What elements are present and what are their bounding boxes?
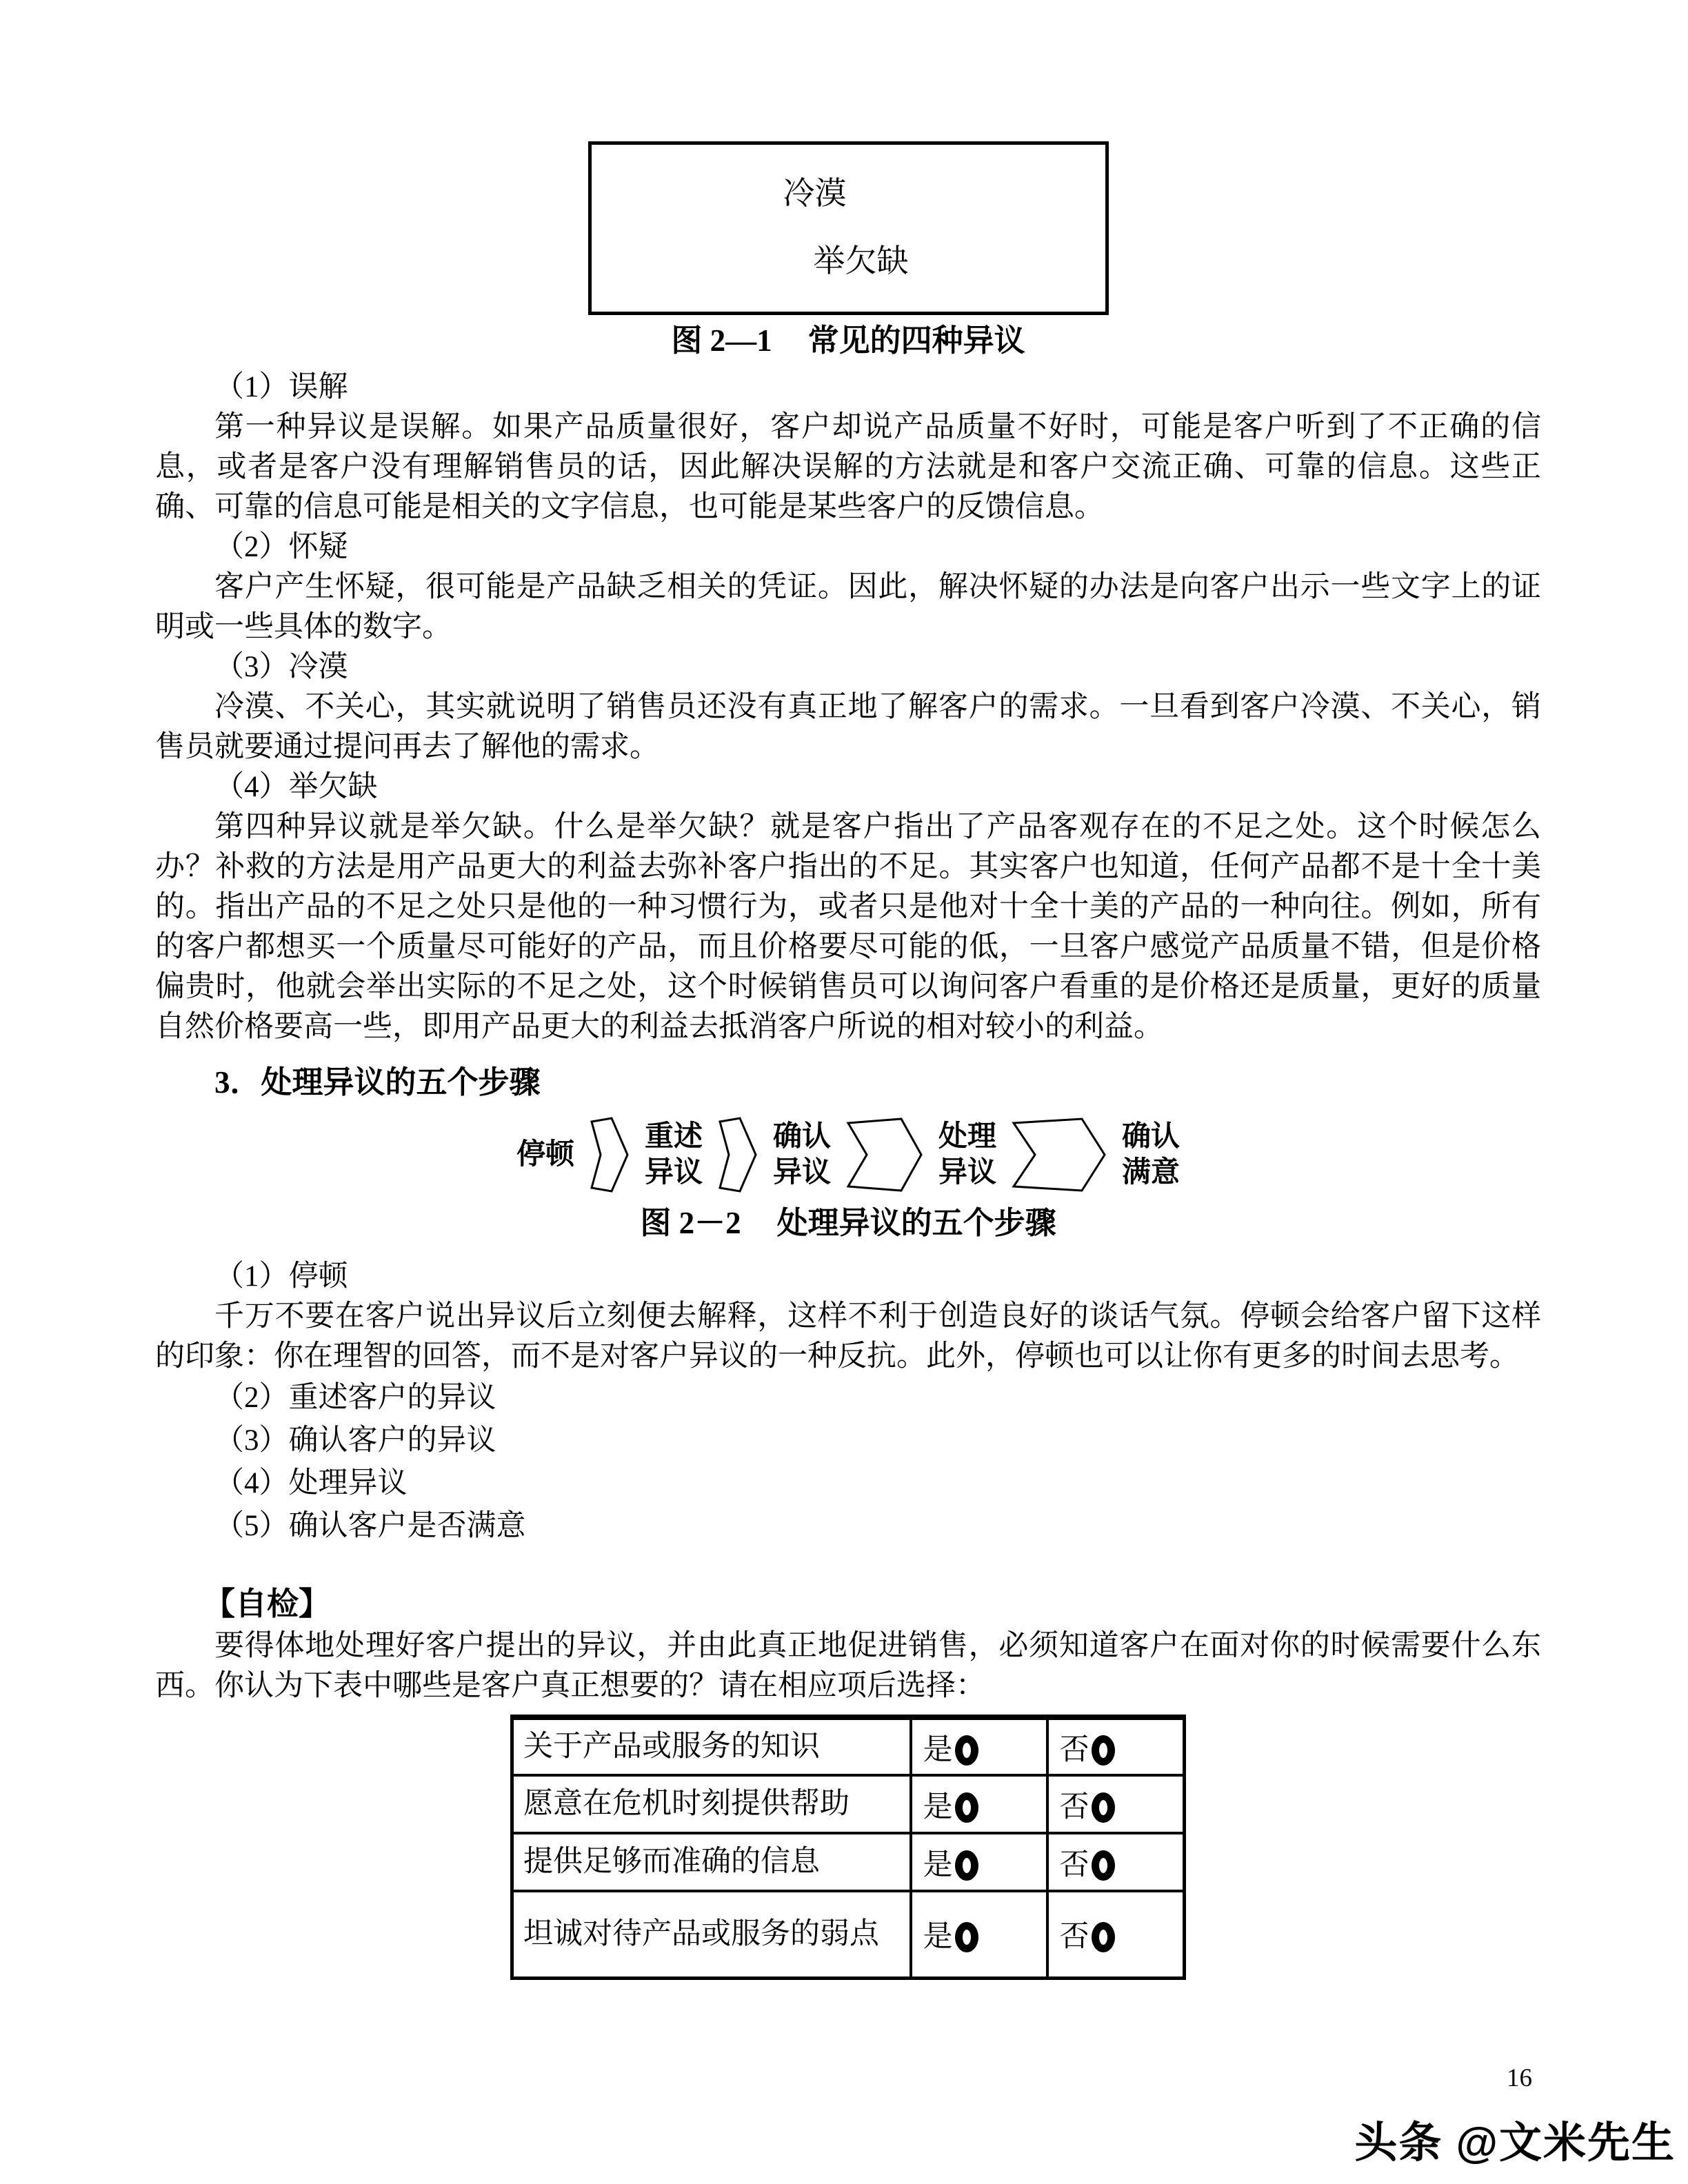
no-option: 否 xyxy=(1047,1891,1185,1978)
radio-yes-icon[interactable] xyxy=(955,1735,978,1766)
yes-option: 是 xyxy=(911,1775,1047,1833)
table-row: 坦诚对待产品或服务的弱点 是 否 xyxy=(512,1891,1185,1978)
no-option: 否 xyxy=(1047,1833,1185,1891)
flow-step-label: 处理异议 xyxy=(938,1119,996,1191)
objection-sections: （1）误解 第一种异议是误解。如果产品质量很好，客户却说产品质量不好时，可能是客… xyxy=(155,367,1541,1047)
section-heading: （2）怀疑 xyxy=(155,527,1541,567)
figure-2-1-caption: 图 2—1常见的四种异议 xyxy=(155,321,1541,361)
chevron-arrow-icon xyxy=(718,1116,758,1193)
section-heading: （1）误解 xyxy=(155,367,1541,407)
figure-caption-title: 处理异议的五个步骤 xyxy=(777,1206,1056,1240)
step-heading: （1）停顿 xyxy=(155,1257,1541,1297)
flow-step-label: 确认异议 xyxy=(773,1119,831,1191)
yes-label: 是 xyxy=(923,1849,953,1881)
row-label: 关于产品或服务的知识 xyxy=(512,1717,911,1775)
yes-option: 是 xyxy=(911,1833,1047,1891)
section-paragraph: 客户产生怀疑，很可能是产品缺乏相关的凭证。因此，解决怀疑的办法是向客户出示一些文… xyxy=(155,567,1541,647)
page-content: 冷漠 举欠缺 图 2—1常见的四种异议 （1）误解 第一种异议是误解。如果产品质… xyxy=(155,141,1541,1980)
figure-2-2-caption: 图 2－2处理异议的五个步骤 xyxy=(155,1203,1541,1243)
step-list-item: （5）确认客户是否满意 xyxy=(155,1505,1541,1548)
radio-no-icon[interactable] xyxy=(1092,1792,1115,1823)
no-label: 否 xyxy=(1060,1734,1089,1766)
no-label: 否 xyxy=(1060,1921,1089,1953)
row-label: 愿意在危机时刻提供帮助 xyxy=(512,1775,911,1833)
yes-label: 是 xyxy=(923,1734,953,1766)
figure-box-line: 冷漠 xyxy=(592,160,1105,228)
section-paragraph: 冷漠、不关心，其实就说明了销售员还没有真正地了解客户的需求。一旦看到客户冷漠、不… xyxy=(155,687,1541,767)
yes-option: 是 xyxy=(911,1891,1047,1978)
self-check-table: 关于产品或服务的知识 是 否 愿意在危机时刻提供帮助 是 否 提供足够而准确的信… xyxy=(510,1715,1186,1980)
section-paragraph: 第四种异议就是举欠缺。什么是举欠缺？就是客户指出了产品客观存在的不足之处。这个时… xyxy=(155,807,1541,1047)
yes-option: 是 xyxy=(911,1717,1047,1775)
chevron-arrow-icon xyxy=(1012,1116,1107,1193)
self-check-title: 【自检】 xyxy=(155,1582,1541,1626)
yes-label: 是 xyxy=(923,1791,953,1823)
page-number: 16 xyxy=(1507,2063,1532,2093)
section-heading: （3）冷漠 xyxy=(155,647,1541,687)
flow-step-label: 停顿 xyxy=(516,1137,574,1173)
row-label: 坦诚对待产品或服务的弱点 xyxy=(512,1891,911,1978)
step-list-item: （3）确认客户的异议 xyxy=(155,1419,1541,1462)
five-steps-flow-diagram: 停顿 重述异议 确认异议 处理异议 确认 xyxy=(155,1112,1541,1197)
chevron-arrow-icon xyxy=(590,1116,630,1193)
flow-step-label: 重述异议 xyxy=(645,1119,703,1191)
no-label: 否 xyxy=(1060,1849,1089,1881)
watermark: 头条 @文米先生 xyxy=(1354,2108,1676,2170)
radio-no-icon[interactable] xyxy=(1092,1922,1115,1952)
radio-yes-icon[interactable] xyxy=(955,1922,978,1952)
section-paragraph: 第一种异议是误解。如果产品质量很好，客户却说产品质量不好时，可能是客户听到了不正… xyxy=(155,407,1541,527)
step-list-item: （4）处理异议 xyxy=(155,1462,1541,1505)
yes-label: 是 xyxy=(923,1921,953,1953)
radio-yes-icon[interactable] xyxy=(955,1850,978,1881)
radio-no-icon[interactable] xyxy=(1092,1735,1115,1766)
step-list-item: （2）重述客户的异议 xyxy=(155,1377,1541,1419)
row-label: 提供足够而准确的信息 xyxy=(512,1833,911,1891)
flow-step-label: 确认满意 xyxy=(1122,1119,1180,1191)
table-row: 提供足够而准确的信息 是 否 xyxy=(512,1833,1185,1891)
figure-caption-number: 图 2－2 xyxy=(640,1206,741,1240)
no-option: 否 xyxy=(1047,1717,1185,1775)
figure-box-line: 举欠缺 xyxy=(592,228,1105,295)
document-page: 冷漠 举欠缺 图 2—1常见的四种异议 （1）误解 第一种异议是误解。如果产品质… xyxy=(0,0,1688,2184)
figure-caption-number: 图 2—1 xyxy=(671,323,772,358)
table-row: 愿意在危机时刻提供帮助 是 否 xyxy=(512,1775,1185,1833)
table-row: 关于产品或服务的知识 是 否 xyxy=(512,1717,1185,1775)
radio-no-icon[interactable] xyxy=(1092,1850,1115,1881)
self-check-intro: 要得体地处理好客户提出的异议，并由此真正地促进销售，必须知道客户在面对你的时候需… xyxy=(155,1626,1541,1706)
chevron-arrow-icon xyxy=(846,1116,923,1193)
step-list: （2）重述客户的异议 （3）确认客户的异议 （4）处理异议 （5）确认客户是否满… xyxy=(155,1377,1541,1548)
radio-yes-icon[interactable] xyxy=(955,1792,978,1823)
section-heading: （4）举欠缺 xyxy=(155,767,1541,807)
figure-caption-title: 常见的四种异议 xyxy=(808,323,1025,358)
figure-2-1-box: 冷漠 举欠缺 xyxy=(588,141,1109,315)
no-label: 否 xyxy=(1060,1791,1089,1823)
no-option: 否 xyxy=(1047,1775,1185,1833)
step-paragraph: 千万不要在客户说出异议后立刻便去解释，这样不利于创造良好的谈话气氛。停顿会给客户… xyxy=(155,1297,1541,1377)
section-3-heading: 3．处理异议的五个步骤 xyxy=(155,1062,1541,1102)
